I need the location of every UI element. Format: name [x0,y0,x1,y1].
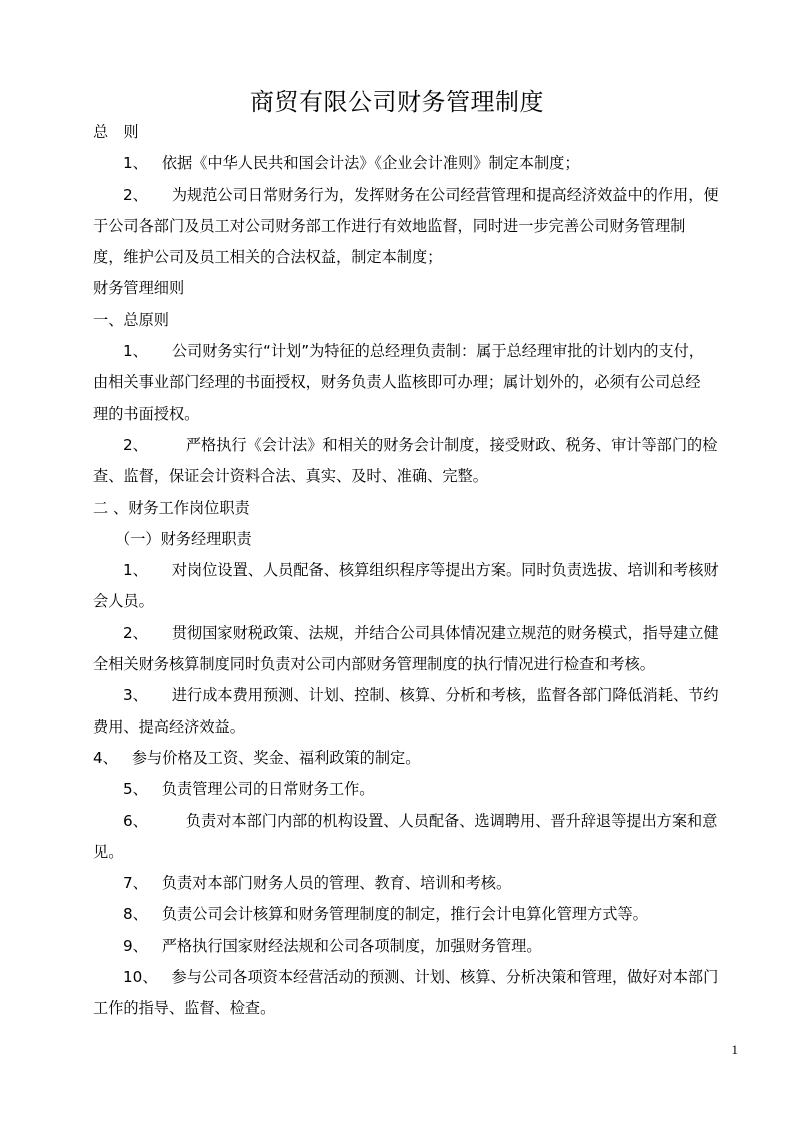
paragraph-line: 会人员。 [93,586,743,617]
paragraph-line: 于公司各部门及员工对公司财务部工作进行有效地监督，同时进一步完善公司财务管理制 [93,211,743,242]
paragraph-s2-4: 4、参与价格及工资、奖金、福利政策的制定。 [93,743,743,774]
paragraph-line: 工作的指导、监督、检查。 [93,993,743,1024]
paragraph-s2-6: 6、负责对本部门内部的机构设置、人员配备、选调聘用、晋升辞退等提出方案和意 [93,806,743,837]
paragraph-s2-8: 8、负责公司会计核算和财务管理制度的制定，推行会计电算化管理方式等。 [93,899,743,930]
paragraph-s2-3: 3、进行成本费用预测、计划、控制、核算、分析和考核，监督各部门降低消耗、节约 [93,680,743,711]
paragraph-general-1: 1、依据《中华人民共和国会计法》《企业会计准则》制定本制度； [93,148,743,179]
paragraph-line: 见。 [93,837,743,868]
paragraph-s2-2: 2、贯彻国家财税政策、法规，并结合公司具体情况建立规范的财务模式，指导建立健 [93,618,743,649]
subsection-heading: （一）财务经理职责 [93,524,743,555]
rules-heading: 财务管理细则 [93,273,743,304]
paragraph-s2-1: 1、对岗位设置、人员配备、核算组织程序等提出方案。同时负责选拔、培训和考核财 [93,555,743,586]
document-body: 总 则 1、依据《中华人民共和国会计法》《企业会计准则》制定本制度； 2、为规范… [93,117,743,1025]
paragraph-s1-2: 2、严格执行《会计法》和相关的财务会计制度，接受财政、税务、审计等部门的检 [93,430,743,461]
paragraph-s2-7: 7、负责对本部门财务人员的管理、教育、培训和考核。 [93,868,743,899]
section-heading-general: 总 则 [93,117,743,148]
paragraph-general-2: 2、为规范公司日常财务行为，发挥财务在公司经营管理和提高经济效益中的作用，便 [93,180,743,211]
paragraph-line: 查、监督，保证会计资料合法、真实、及时、准确、完整。 [93,461,743,492]
section-heading-1: 一、总原则 [93,305,743,336]
section-heading-2: 二 、财务工作岗位职责 [93,493,743,524]
document-title: 商贸有限公司财务管理制度 [0,82,794,117]
paragraph-line: 由相关事业部门经理的书面授权，财务负责人监核即可办理；属计划外的，必须有公司总经 [93,367,743,398]
paragraph-line: 理的书面授权。 [93,399,743,430]
paragraph-s1-1: 1、公司财务实行“计划”为特征的总经理负责制：属于总经理审批的计划内的支付， [93,336,743,367]
paragraph-s2-5: 5、负责管理公司的日常财务工作。 [93,774,743,805]
paragraph-s2-9: 9、严格执行国家财经法规和公司各项制度，加强财务管理。 [93,931,743,962]
paragraph-line: 全相关财务核算制度同时负责对公司内部财务管理制度的执行情况进行检查和考核。 [93,649,743,680]
document-page: 商贸有限公司财务管理制度 总 则 1、依据《中华人民共和国会计法》《企业会计准则… [0,0,794,1123]
paragraph-s2-10: 10、参与公司各项资本经营活动的预测、计划、核算、分析决策和管理，做好对本部门 [93,962,743,993]
paragraph-line: 费用、提高经济效益。 [93,712,743,743]
page-number: 1 [732,1042,739,1058]
paragraph-line: 度，维护公司及员工相关的合法权益，制定本制度； [93,242,743,273]
